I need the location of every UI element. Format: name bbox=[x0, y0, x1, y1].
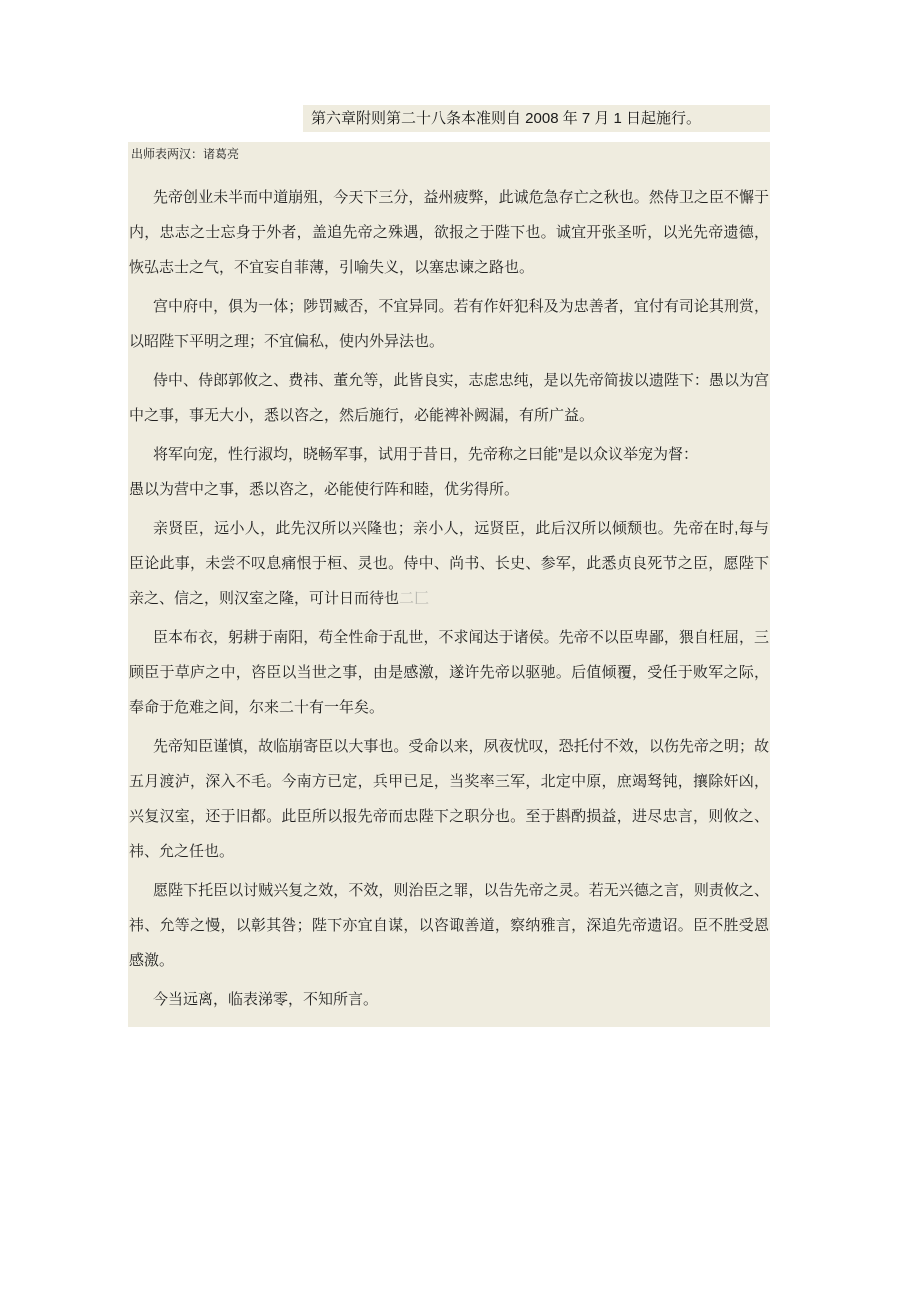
paragraph: 臣本布衣，躬耕于南阳，苟全性命于乱世，不求闻达于诸侯。先帝不以臣卑鄙，猥自枉屈，… bbox=[129, 620, 769, 725]
paragraph: 先帝知臣谨慎，故临崩寄臣以大事也。受命以来，夙夜忧叹，恐托付不效，以伤先帝之明；… bbox=[129, 729, 769, 869]
article-heading: 出师表两汉：诸葛亮 bbox=[131, 146, 769, 162]
paragraph-text: 将军向宠，性行淑均，晓畅军事，试用于昔日，先帝称之曰能”是以众议举宠为督： 愚以… bbox=[129, 446, 698, 498]
paragraph-text: 臣本布衣，躬耕于南阳，苟全性命于乱世，不求闻达于诸侯。先帝不以臣卑鄙，猥自枉屈，… bbox=[129, 629, 769, 716]
paragraph: 侍中、侍郎郭攸之、费祎、董允等，此皆良实，志虑忠纯，是以先帝简拔以遗陛下：愚以为… bbox=[129, 363, 769, 433]
paragraph: 今当远离，临表涕零，不知所言。 bbox=[129, 982, 769, 1017]
paragraph-tail: 二匚 bbox=[399, 590, 429, 607]
notice-bar: 第六章附则第二十八条本准则自 2008 年 7 月 1 日起施行。 bbox=[303, 105, 770, 132]
paragraph-text: 先帝创业未半而中道崩殂，今天下三分，益州疲弊，此诚危急存亡之秋也。然侍卫之臣不懈… bbox=[129, 189, 769, 276]
article-block: 出师表两汉：诸葛亮 先帝创业未半而中道崩殂，今天下三分，益州疲弊，此诚危急存亡之… bbox=[128, 142, 770, 1027]
notice-text: 第六章附则第二十八条本准则自 2008 年 7 月 1 日起施行。 bbox=[311, 110, 701, 127]
paragraph-text: 先帝知臣谨慎，故临崩寄臣以大事也。受命以来，夙夜忧叹，恐托付不效，以伤先帝之明；… bbox=[129, 738, 769, 860]
paragraph-text: 亲贤臣，远小人，此先汉所以兴隆也；亲小人，远贤臣，此后汉所以倾颓也。先帝在时,每… bbox=[129, 520, 769, 607]
paragraph: 亲贤臣，远小人，此先汉所以兴隆也；亲小人，远贤臣，此后汉所以倾颓也。先帝在时,每… bbox=[129, 511, 769, 616]
paragraph: 愿陛下托臣以讨贼兴复之效，不效，则治臣之罪，以告先帝之灵。若无兴德之言，则责攸之… bbox=[129, 873, 769, 978]
document-page: 第六章附则第二十八条本准则自 2008 年 7 月 1 日起施行。 出师表两汉：… bbox=[0, 0, 920, 1303]
paragraph-text: 侍中、侍郎郭攸之、费祎、董允等，此皆良实，志虑忠纯，是以先帝简拔以遗陛下：愚以为… bbox=[129, 372, 769, 424]
paragraph: 宫中府中，俱为一体；陟罚臧否，不宜异同。若有作奸犯科及为忠善者，宜付有司论其刑赏… bbox=[129, 289, 769, 359]
paragraph: 将军向宠，性行淑均，晓畅军事，试用于昔日，先帝称之曰能”是以众议举宠为督： 愚以… bbox=[129, 437, 769, 507]
paragraph-text: 愿陛下托臣以讨贼兴复之效，不效，则治臣之罪，以告先帝之灵。若无兴德之言，则责攸之… bbox=[129, 882, 769, 969]
paragraph: 先帝创业未半而中道崩殂，今天下三分，益州疲弊，此诚危急存亡之秋也。然侍卫之臣不懈… bbox=[129, 180, 769, 285]
paragraph-text: 今当远离，临表涕零，不知所言。 bbox=[153, 991, 378, 1008]
paragraph-text: 宫中府中，俱为一体；陟罚臧否，不宜异同。若有作奸犯科及为忠善者，宜付有司论其刑赏… bbox=[129, 298, 769, 350]
